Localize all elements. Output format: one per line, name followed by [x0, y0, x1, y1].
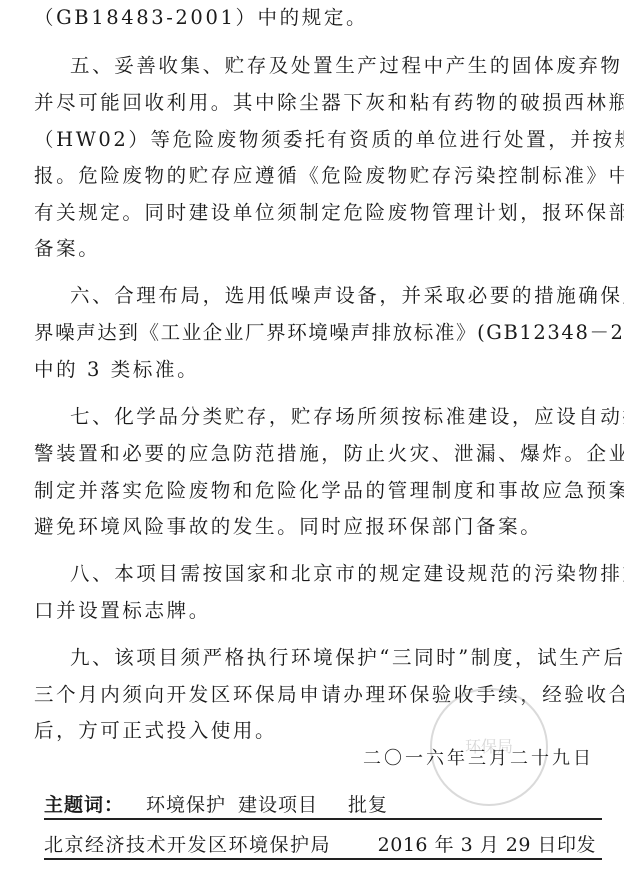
paragraph-7-line: 制定并落实危险废物和危险化学品的管理制度和事故应急预案，	[34, 479, 594, 503]
keywords-row: 主题词：环境保护建设项目批复	[44, 792, 602, 820]
paragraph-5-line: 有关规定。同时建设单位须制定危险废物管理计划，报环保部门	[34, 201, 594, 225]
keyword: 环境保护	[146, 794, 226, 816]
paragraph-line: （GB18483-2001）中的规定。	[34, 6, 594, 30]
keyword: 批复	[348, 794, 388, 816]
paragraph-5-line: 报。危险废物的贮存应遵循《危险废物贮存污染控制标准》中的	[34, 164, 594, 188]
paragraph-7-line: 警装置和必要的应急防范措施，防止火灾、泄漏、爆炸。企业应	[34, 442, 594, 466]
paragraph-6-line: 界噪声达到《工业企业厂界环境噪声排放标准》(GB12348－2008)	[34, 321, 594, 345]
signature-date: 二〇一六年三月二十九日	[363, 744, 594, 770]
paragraph-5-line: （HW02）等危险废物须委托有资质的单位进行处置，并按规定申	[34, 128, 594, 152]
keywords-label: 主题词：	[44, 794, 124, 816]
issuer-row: 北京经济技术开发区环境保护局 2016 年 3 月 29 日印发	[44, 832, 602, 860]
paragraph-5-line: 并尽可能回收利用。其中除尘器下灰和粘有药物的破损西林瓶	[34, 91, 594, 115]
paragraph-9-line: 九、该项目须严格执行环境保护“三同时”制度，试生产后	[70, 646, 594, 670]
paragraph-6-line: 六、合理布局，选用低噪声设备，并采取必要的措施确保厂	[70, 284, 594, 308]
paragraph-5-line: 五、妥善收集、贮存及处置生产过程中产生的固体废弃物，	[70, 54, 594, 78]
paragraph-7-line: 七、化学品分类贮存，贮存场所须按标准建设，应设自动报	[70, 405, 594, 429]
paragraph-8-line: 口并设置标志牌。	[34, 599, 594, 623]
issue-date: 2016 年 3 月 29 日印发	[378, 832, 596, 858]
paragraph-7-line: 避免环境风险事故的发生。同时应报环保部门备案。	[34, 515, 594, 539]
paragraph-5-line: 备案。	[34, 237, 594, 261]
paragraph-6-line: 中的 3 类标准。	[34, 358, 594, 382]
issuing-authority: 北京经济技术开发区环境保护局	[44, 834, 331, 856]
document-page: （GB18483-2001）中的规定。 五、妥善收集、贮存及处置生产过程中产生的…	[0, 0, 624, 874]
paragraph-8-line: 八、本项目需按国家和北京市的规定建设规范的污染物排放	[70, 562, 594, 586]
keyword: 建设项目	[238, 794, 318, 816]
